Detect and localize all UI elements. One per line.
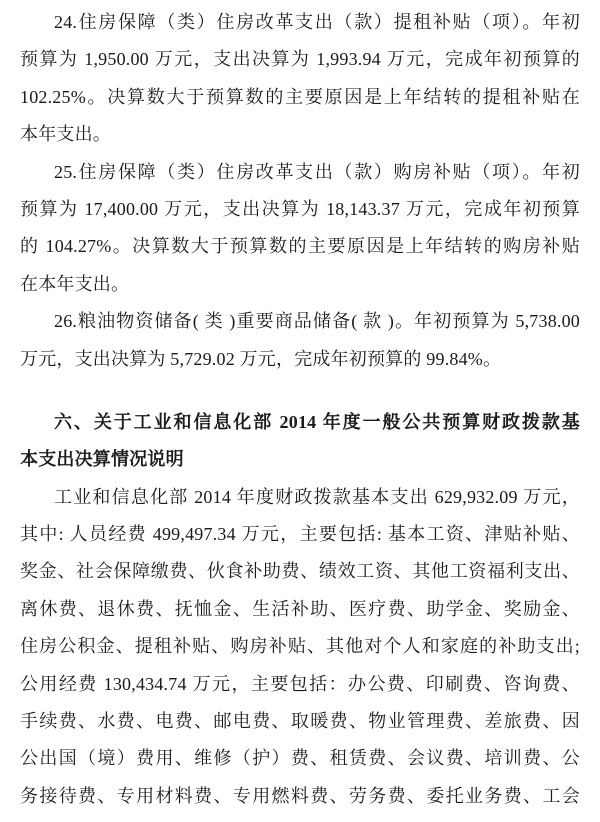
text-line: 万元，支出决算为 5,729.02 万元，完成年初预算的 99.84%。 xyxy=(20,341,580,378)
text-line: 六、关于工业和信息化部 2014 年度一般公共预算财政拨款基 xyxy=(20,404,580,441)
document-page: 24.住房保障（类）住房改革支出（款）提租补贴（项）。年初预算为 1,950.0… xyxy=(0,0,600,822)
text-line: 工业和信息化部 2014 年度财政拨款基本支出 629,932.09 万元， xyxy=(20,479,580,516)
text-line: 其中: 人员经费 499,497.34 万元，主要包括: 基本工资、津贴补贴、 xyxy=(20,516,580,553)
text-line: 25.住房保障（类）住房改革支出（款）购房补贴（项）。年初 xyxy=(20,154,580,191)
text-line: 手续费、水费、电费、邮电费、取暖费、物业管理费、差旅费、因 xyxy=(20,703,580,740)
text-line: 预算为 1,950.00 万元，支出决算为 1,993.94 万元，完成年初预算… xyxy=(20,41,580,78)
text-line: 务接待费、专用材料费、专用燃料费、劳务费、委托业务费、工会 xyxy=(20,778,580,815)
text-line: 公用经费 130,434.74 万元，主要包括：办公费、印刷费、咨询费、 xyxy=(20,666,580,703)
paragraph-item-26: 26.粮油物资储备( 类 )重要商品储备( 款 )。年初预算为 5,738.00… xyxy=(20,303,580,378)
paragraph-item-24: 24.住房保障（类）住房改革支出（款）提租补贴（项）。年初预算为 1,950.0… xyxy=(20,4,580,154)
text-line: 奖金、社会保障缴费、伙食补助费、绩效工资、其他工资福利支出、 xyxy=(20,553,580,590)
text-line: 的 104.27%。决算数大于预算数的主要原因是上年结转的购房补贴 xyxy=(20,228,580,265)
text-line: 在本年支出。 xyxy=(20,266,580,303)
text-line: 离休费、退休费、抚恤金、生活补助、医疗费、助学金、奖励金、 xyxy=(20,591,580,628)
text-line: 26.粮油物资储备( 类 )重要商品储备( 款 )。年初预算为 5,738.00 xyxy=(20,303,580,340)
text-line: 本年支出。 xyxy=(20,116,580,153)
text-line: 公出国（境）费用、维修（护）费、租赁费、会议费、培训费、公 xyxy=(20,740,580,777)
document-body: 24.住房保障（类）住房改革支出（款）提租补贴（项）。年初预算为 1,950.0… xyxy=(20,4,580,815)
text-line: 本支出决算情况说明 xyxy=(20,441,580,478)
paragraph-section-6-heading: 六、关于工业和信息化部 2014 年度一般公共预算财政拨款基本支出决算情况说明 xyxy=(20,404,580,479)
paragraph-item-25: 25.住房保障（类）住房改革支出（款）购房补贴（项）。年初预算为 17,400.… xyxy=(20,154,580,304)
paragraph-section-6-body: 工业和信息化部 2014 年度财政拨款基本支出 629,932.09 万元，其中… xyxy=(20,479,580,816)
text-line: 住房公积金、提租补贴、购房补贴、其他对个人和家庭的补助支出; xyxy=(20,628,580,665)
text-line: 24.住房保障（类）住房改革支出（款）提租补贴（项）。年初 xyxy=(20,4,580,41)
text-line: 预算为 17,400.00 万元，支出决算为 18,143.37 万元，完成年初… xyxy=(20,191,580,228)
text-line: 102.25%。决算数大于预算数的主要原因是上年结转的提租补贴在 xyxy=(20,79,580,116)
